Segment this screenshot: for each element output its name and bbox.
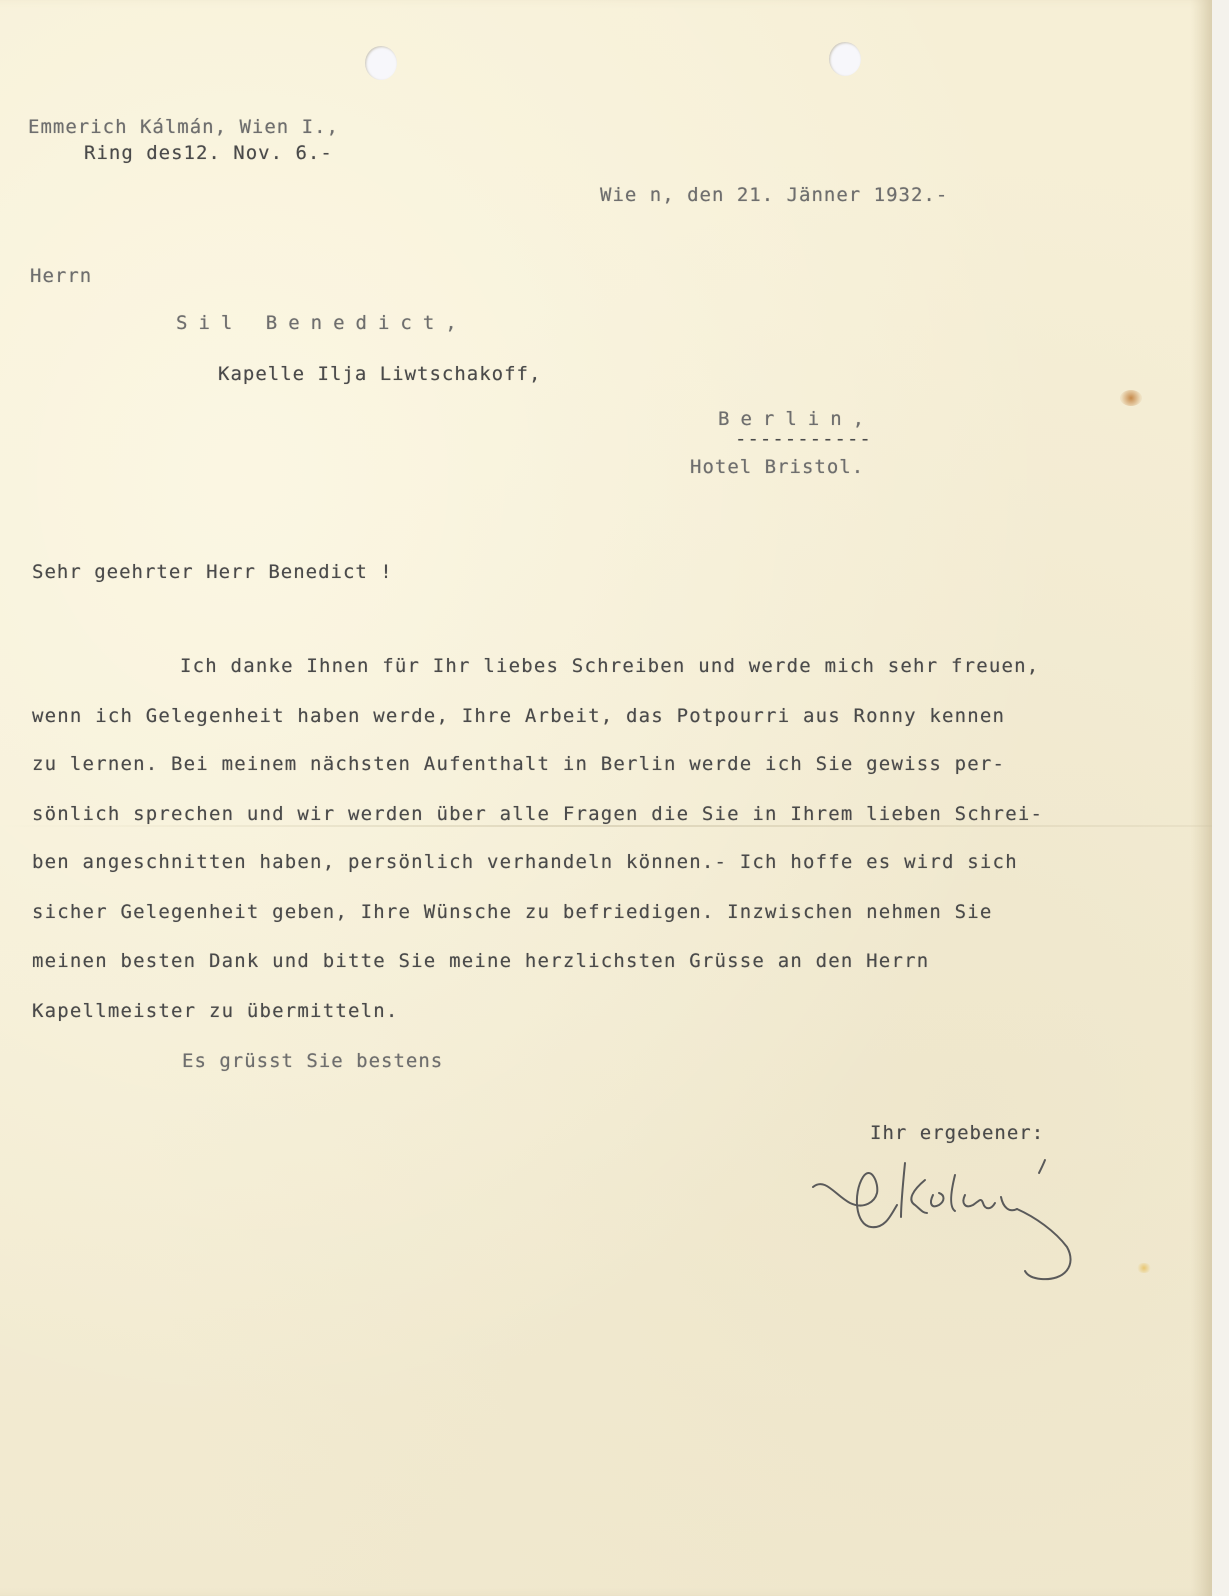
greeting: Sehr geehrter Herr Benedict ! xyxy=(32,561,393,583)
date-line: Wie n, den 21. Jänner 1932.- xyxy=(600,184,948,206)
punch-hole-right xyxy=(829,42,861,76)
valediction: Ihr ergebener: xyxy=(870,1122,1044,1144)
punch-hole-left xyxy=(365,46,397,80)
handwritten-signature xyxy=(805,1155,1125,1290)
recipient-organization: Kapelle Ilja Liwtschakoff, xyxy=(218,363,541,385)
sender-line-1: Emmerich Kálmán, Wien I., xyxy=(28,116,339,138)
body-line: zu lernen. Bei meinem nächsten Aufenthal… xyxy=(32,753,1005,775)
recipient-hotel: Hotel Bristol. xyxy=(690,456,864,478)
ink-stain xyxy=(1120,390,1142,406)
paper-edge xyxy=(1190,0,1212,1596)
recipient-city: Berlin, xyxy=(718,408,875,430)
paper-fold xyxy=(0,825,1212,827)
city-underline: ----------- xyxy=(735,428,872,450)
paper-stain xyxy=(1136,1263,1152,1273)
body-line: wenn ich Gelegenheit haben werde, Ihre A… xyxy=(32,705,1005,727)
closing: Es grüsst Sie bestens xyxy=(182,1050,443,1072)
body-line: sicher Gelegenheit geben, Ihre Wünsche z… xyxy=(32,901,993,923)
letter-paper: Emmerich Kálmán, Wien I., Ring des12. No… xyxy=(0,0,1212,1596)
body-line: Kapellmeister zu übermitteln. xyxy=(32,1000,399,1022)
body-line: ben angeschnitten haben, persönlich verh… xyxy=(32,851,1018,873)
body-line: Ich danke Ihnen für Ihr liebes Schreiben… xyxy=(180,655,1039,677)
body-line: meinen besten Dank und bitte Sie meine h… xyxy=(32,950,929,972)
sender-line-2: Ring des12. Nov. 6.- xyxy=(84,142,333,164)
body-line: sönlich sprechen und wir werden über all… xyxy=(32,803,1043,825)
recipient-name: Sil Benedict, xyxy=(176,312,468,334)
recipient-prefix: Herrn xyxy=(30,265,92,287)
